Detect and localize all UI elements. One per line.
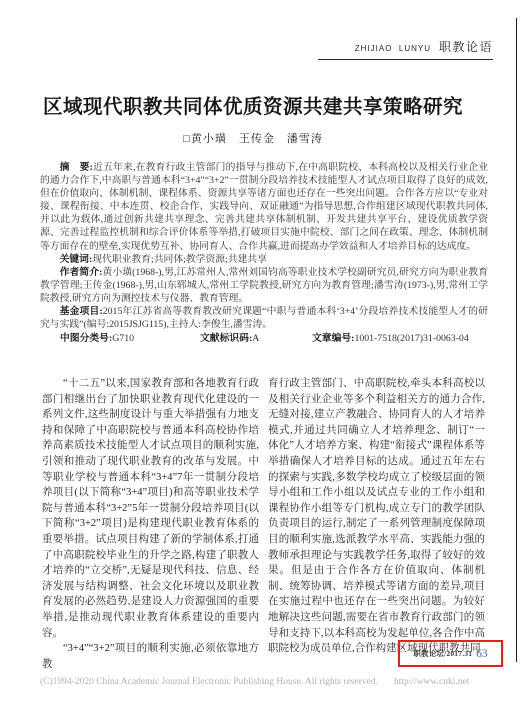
- abstract-label: 摘 要:: [60, 162, 93, 173]
- document-code-label: 文献标识码:: [200, 333, 252, 344]
- journal-issue-label: 职教论坛/2017.31: [413, 648, 472, 659]
- running-head: ZHIJIAO LUNYU 职教论语: [318, 38, 493, 60]
- page-footer-highlight-box[interactable]: 职教论坛/2017.31 63: [398, 640, 503, 667]
- journal-section-pinyin: ZHIJIAO LUNYU: [355, 44, 431, 53]
- author-bio-label: 作者简介:: [60, 267, 103, 278]
- fund-project-paragraph: 基金项目:2015年江苏省高等教育教改研究课题“中职与普通本科‘3+4’分段培养…: [40, 305, 488, 331]
- journal-page: ZHIJIAO LUNYU 职教论语 区域现代职教共同体优质资源共建共享策略研究…: [0, 0, 525, 702]
- fund-project-text: 2015年江苏省高等教育教改研究课题“中职与普通本科‘3+4’分段培养技术技能型…: [40, 306, 488, 330]
- journal-section-title: 职教论语: [439, 40, 493, 54]
- clc-label: 中图分类号:: [60, 333, 112, 344]
- classification-row: 中图分类号:G710 文献标识码:A 文章编号:1001-7518(2017)3…: [40, 332, 488, 345]
- copyright-text: (C)1994-2020 China Academic Journal Elec…: [40, 677, 378, 687]
- article-id-label: 文章编号:: [312, 333, 354, 344]
- copyright-line: (C)1994-2020 China Academic Journal Elec…: [40, 677, 510, 687]
- author-bio-text: 黄小璜(1968-),男,江苏常州人,常州刘国钧高等职业技术学校副研究员,研究方…: [40, 267, 488, 304]
- body-paragraph: “3+4”“3+2”项目的顺利实施,必须依靠地方教: [42, 641, 259, 672]
- body-column-left: “十二五”以来,国家教育部和各地教育行政部门相继出台了加快职业教育现代化建设的一…: [42, 376, 259, 672]
- body-paragraph: 育行政主管部门、中高职院校,牵头本科高校以及相关行业企业等多个利益相关方的通力合…: [268, 376, 485, 657]
- article-body: “十二五”以来,国家教育部和各地教育行政部门相继出台了加快职业教育现代化建设的一…: [42, 376, 485, 672]
- cnki-url: http://www.cnki.net: [394, 677, 469, 687]
- article-authors: □黄小璜 王传金 潘雪涛: [0, 130, 506, 146]
- keywords-paragraph: 关键词:现代职业教育;共同体;教学资源;共建共享: [40, 253, 488, 266]
- body-column-right: 育行政主管部门、中高职院校,牵头本科高校以及相关行业企业等多个利益相关方的通力合…: [268, 376, 485, 672]
- document-code: 文献标识码:A: [200, 332, 312, 345]
- clc-value: G710: [112, 333, 134, 344]
- page-number: 63: [476, 648, 488, 660]
- fund-project-label: 基金项目:: [60, 306, 103, 317]
- abstract-paragraph: 摘 要:近五年来,在教育行政主管部门的指导与推动下,在中高职院校、本科高校以及相…: [40, 161, 488, 253]
- body-paragraph: “十二五”以来,国家教育部和各地教育行政部门相继出台了加快职业教育现代化建设的一…: [42, 376, 259, 641]
- document-code-value: A: [252, 333, 259, 344]
- keywords-text: 现代职业教育;共同体;教学资源;共建共享: [92, 254, 267, 265]
- clc-number: 中图分类号:G710: [40, 332, 200, 345]
- front-matter: 摘 要:近五年来,在教育行政主管部门的指导与推动下,在中高职院校、本科高校以及相…: [40, 161, 488, 345]
- abstract-text: 近五年来,在教育行政主管部门的指导与推动下,在中高职院校、本科高校以及相关行业企…: [40, 162, 488, 252]
- article-id: 文章编号:1001-7518(2017)31-0063-04: [312, 332, 488, 345]
- article-title: 区域现代职教共同体优质资源共建共享策略研究: [0, 91, 506, 119]
- article-id-value: 1001-7518(2017)31-0063-04: [354, 333, 468, 344]
- keywords-label: 关键词:: [60, 254, 93, 265]
- page-edge-line: [516, 18, 517, 662]
- author-bio-paragraph: 作者简介:黄小璜(1968-),男,江苏常州人,常州刘国钧高等职业技术学校副研究…: [40, 266, 488, 305]
